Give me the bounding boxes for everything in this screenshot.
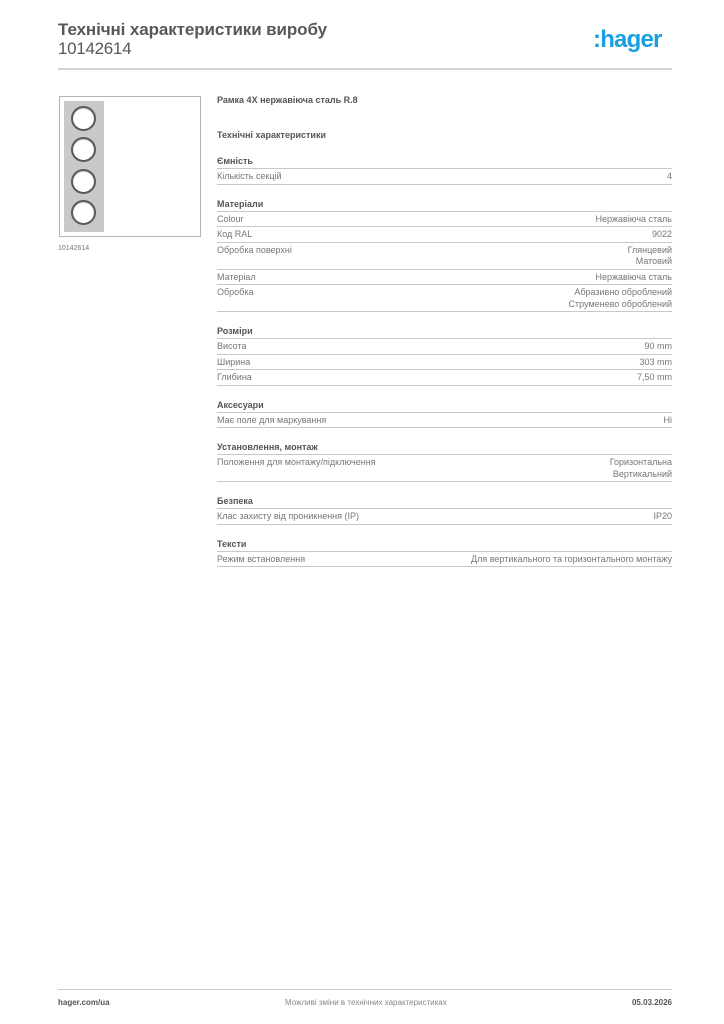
spec-row: Положення для монтажу/підключенняГоризон… (217, 455, 672, 482)
spec-label: Матеріал (217, 272, 256, 284)
spec-value: Нержавіюча сталь (595, 214, 672, 226)
frame-opening-icon (71, 169, 96, 194)
spec-value-line: 4 (667, 171, 672, 183)
footer-website-link[interactable]: hager.com/ua (58, 998, 110, 1007)
product-name: Рамка 4X нержавіюча сталь R.8 (217, 94, 672, 106)
spec-value: 9022 (652, 229, 672, 241)
spec-group: ТекстиРежим встановленняДля вертикальног… (217, 538, 672, 568)
spec-label: Код RAL (217, 229, 252, 241)
spec-content: Рамка 4X нержавіюча сталь R.8 Технічні х… (217, 94, 672, 567)
spec-row: ColourНержавіюча сталь (217, 212, 672, 228)
spec-row: Кількість секцій4 (217, 169, 672, 185)
spec-row: Має поле для маркуванняHi (217, 413, 672, 429)
footer-divider (58, 989, 672, 990)
spec-label: Обробка (217, 287, 253, 299)
hager-logo: :hager (593, 28, 662, 52)
frame-opening-icon (71, 137, 96, 162)
spec-groups: ЄмністьКількість секцій4МатеріалиColourН… (217, 155, 672, 567)
spec-value: 90 mm (644, 341, 672, 353)
spec-label: Має поле для маркування (217, 415, 326, 427)
spec-value: Для вертикального та горизонтального мон… (471, 554, 672, 566)
spec-value-line: Вертикальний (610, 469, 672, 481)
spec-value: ГлянцевийМатовий (628, 245, 672, 268)
spec-value: Нержавіюча сталь (595, 272, 672, 284)
spec-value-line: Нержавіюча сталь (595, 214, 672, 226)
spec-row: Ширина303 mm (217, 355, 672, 371)
spec-group: АксесуариМає поле для маркуванняHi (217, 399, 672, 429)
spec-group: РозміриВисота90 mmШирина303 mmГлибина7,5… (217, 325, 672, 386)
footer-disclaimer: Можливі зміни в технічних характеристика… (285, 998, 447, 1007)
spec-value-line: Нержавіюча сталь (595, 272, 672, 284)
spec-group-title: Ємність (217, 155, 672, 169)
spec-label: Кількість секцій (217, 171, 282, 183)
image-caption: 10142614 (58, 245, 89, 252)
spec-group: БезпекаКлас захисту від проникнення (IP)… (217, 495, 672, 525)
spec-row: ОбробкаАбразивно обробленийСтруменево об… (217, 285, 672, 312)
spec-label: Клас захисту від проникнення (IP) (217, 511, 359, 523)
spec-value: Абразивно обробленийСтруменево оброблени… (569, 287, 672, 310)
spec-label: Глибина (217, 372, 252, 384)
spec-value: 7,50 mm (637, 372, 672, 384)
spec-row: Клас захисту від проникнення (IP)IP20 (217, 509, 672, 525)
spec-label: Висота (217, 341, 246, 353)
spec-value-line: 9022 (652, 229, 672, 241)
spec-row: Код RAL9022 (217, 227, 672, 243)
product-image (59, 96, 201, 237)
spec-value-line: Струменево оброблений (569, 299, 672, 311)
spec-value-line: Абразивно оброблений (569, 287, 672, 299)
spec-value-line: Глянцевий (628, 245, 672, 257)
spec-value-line: 90 mm (644, 341, 672, 353)
frame-plate-graphic (64, 101, 104, 232)
spec-row: Висота90 mm (217, 339, 672, 355)
spec-group: Установлення, монтажПоложення для монтаж… (217, 441, 672, 482)
spec-label: Colour (217, 214, 244, 226)
spec-section-title: Технічні характеристики (217, 129, 672, 141)
spec-value-line: 303 mm (639, 357, 672, 369)
spec-label: Режим встановлення (217, 554, 305, 566)
spec-row: Режим встановленняДля вертикального та г… (217, 552, 672, 568)
spec-label: Ширина (217, 357, 250, 369)
spec-value: IP20 (653, 511, 672, 523)
spec-value-line: Hi (664, 415, 673, 427)
spec-group-title: Матеріали (217, 198, 672, 212)
spec-group-title: Установлення, монтаж (217, 441, 672, 455)
document-title: Технічні характеристики виробу (58, 20, 327, 40)
spec-value: ГоризонтальнаВертикальний (610, 457, 672, 480)
spec-value: 4 (667, 171, 672, 183)
spec-value-line: 7,50 mm (637, 372, 672, 384)
frame-opening-icon (71, 200, 96, 225)
spec-group: МатеріалиColourНержавіюча стальКод RAL90… (217, 198, 672, 313)
spec-value: 303 mm (639, 357, 672, 369)
spec-group-title: Тексти (217, 538, 672, 552)
spec-row: Обробка поверхніГлянцевийМатовий (217, 243, 672, 270)
spec-group-title: Безпека (217, 495, 672, 509)
spec-value-line: Для вертикального та горизонтального мон… (471, 554, 672, 566)
spec-value-line: Матовий (628, 256, 672, 268)
frame-opening-icon (71, 106, 96, 131)
spec-value: Hi (664, 415, 673, 427)
spec-value-line: IP20 (653, 511, 672, 523)
spec-row: МатеріалНержавіюча сталь (217, 270, 672, 286)
spec-group-title: Аксесуари (217, 399, 672, 413)
product-code: 10142614 (58, 39, 131, 59)
footer-date: 05.03.2026 (632, 998, 672, 1007)
spec-group-title: Розміри (217, 325, 672, 339)
spec-label: Положення для монтажу/підключення (217, 457, 376, 469)
spec-group: ЄмністьКількість секцій4 (217, 155, 672, 185)
spec-label: Обробка поверхні (217, 245, 292, 257)
header-divider (58, 68, 672, 70)
spec-row: Глибина7,50 mm (217, 370, 672, 386)
spec-value-line: Горизонтальна (610, 457, 672, 469)
